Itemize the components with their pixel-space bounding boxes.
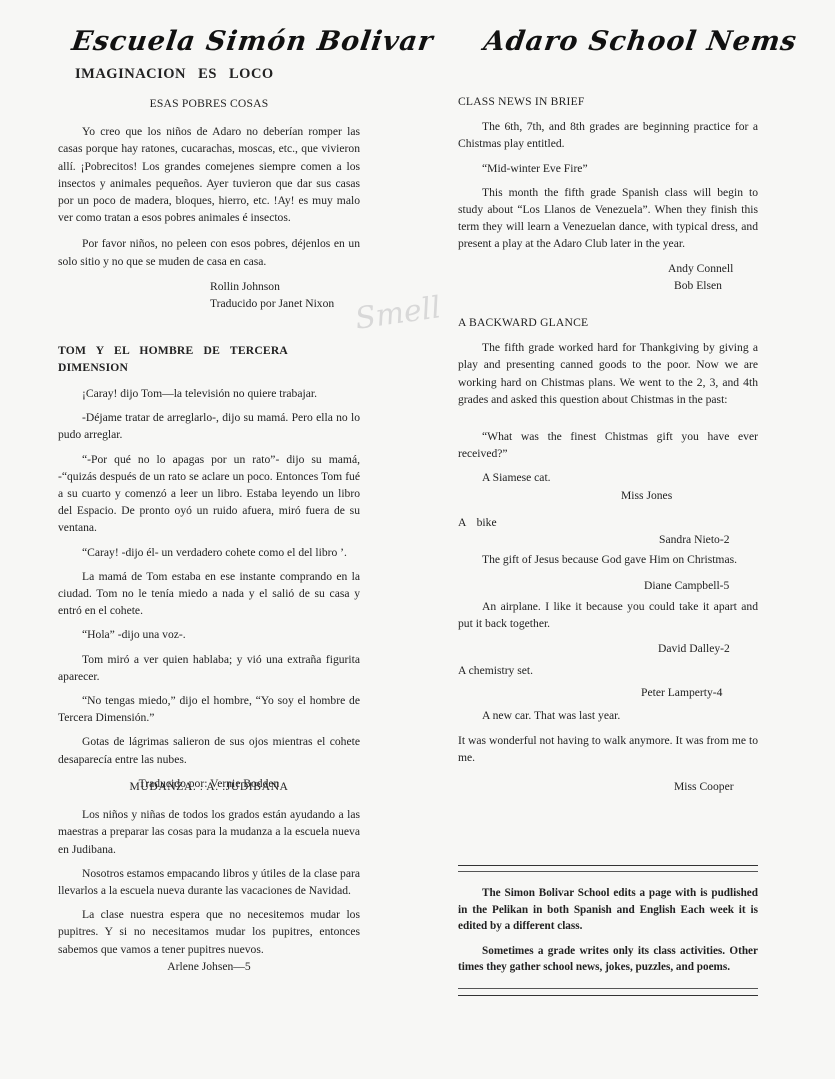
info-box: The Simon Bolivar School edits a page wi… [458,885,758,976]
paragraph: Los niños y niñas de todos los grados es… [58,806,360,858]
paragraph: Nosotros estamos empacando libros y útil… [58,865,360,899]
divider-rule [458,865,758,866]
answer: It was wonderful not having to walk anym… [458,732,758,766]
masthead-escuela: Escuela Simón Bolivar [70,26,436,57]
article-esas-pobres-cosas: ESAS POBRES COSAS Yo creo que los niños … [58,95,360,312]
answer: A bike [458,514,758,531]
paragraph: -Déjame tratar de arreglarlo-, dijo su m… [58,409,360,443]
box-paragraph: The Simon Bolivar School edits a page wi… [458,885,758,935]
paragraph: Gotas de lágrimas salieron de sus ojos m… [58,733,360,767]
answer-name: Diane Campbell-5 [644,577,758,594]
paragraph: Por favor niños, no peleen con esos pobr… [58,235,360,269]
paragraph: “-Por qué no lo apagas por un rato”- dij… [58,451,360,537]
answer-name: David Dalley-2 [658,640,758,657]
article-mudanza: MUDANZA. . A. .JUDIBANA Los niños y niña… [58,778,360,975]
answer: A Siamese cat. [458,469,758,486]
play-title: “Mid-winter Eve Fire” [458,160,758,177]
article-title: CLASS NEWS IN BRIEF [458,93,758,110]
article-title: A BACKWARD GLANCE [458,314,758,331]
article-tom: TOM Y EL HOMBRE DE TERCERA DIMENSION ¡Ca… [58,342,360,792]
answer-name: Peter Lamperty-4 [641,684,758,701]
signature: Traducido por Janet Nixon [210,295,360,312]
signature: Rollin Johnson [210,278,360,295]
answer: A chemistry set. [458,662,758,679]
divider-rule [458,871,758,872]
paragraph: Tom miró a ver quien hablaba; y vió una … [58,651,360,685]
answer: The gift of Jesus because God gave Him o… [458,551,758,568]
paragraph: The 6th, 7th, and 8th grades are beginni… [458,118,758,152]
article-title: MUDANZA. . A. .JUDIBANA [58,778,360,795]
answer: A new car. That was last year. [458,707,758,724]
paragraph: This month the fifth grade Spanish class… [458,184,758,253]
section-title: IMAGINACION ES LOCO [75,66,274,83]
article-backward-glance: A BACKWARD GLANCE The fifth grade worked… [458,314,758,795]
paragraph: ¡Caray! dijo Tom—la televisión no quiere… [58,385,360,402]
answer: An airplane. I like it because you could… [458,598,758,632]
article-class-news: CLASS NEWS IN BRIEF The 6th, 7th, and 8t… [458,93,758,294]
article-title: ESAS POBRES COSAS [58,95,360,112]
box-paragraph: Sometimes a grade writes only its class … [458,943,758,976]
paragraph: La clase nuestra espera que no necesitem… [58,906,360,958]
question: “What was the finest Chistmas gift you h… [458,428,758,462]
pencil-margin-note: Smell [353,290,443,337]
signature: Bob Elsen [674,277,758,294]
signature: Andy Connell [668,260,758,277]
paragraph: “Hola” -dijo una voz-. [58,626,360,643]
answer-name: Miss Cooper [674,778,758,795]
masthead-adaro: Adaro School Nems [482,26,799,57]
divider-rule [458,988,758,989]
answer-name: Miss Jones [621,487,758,504]
answer-name: Sandra Nieto-2 [659,531,758,548]
signature: Arlene Johsen—5 [58,958,360,975]
paragraph: The fifth grade worked hard for Thankgiv… [458,339,758,408]
paragraph: “Caray! -dijo él- un verdadero cohete co… [58,544,360,561]
divider-rule [458,995,758,996]
paragraph: “No tengas miedo,” dijo el hombre, “Yo s… [58,692,360,726]
article-title: TOM Y EL HOMBRE DE TERCERA DIMENSION [58,342,288,376]
paragraph: La mamá de Tom estaba en ese instante co… [58,568,360,620]
paragraph: Yo creo que los niños de Adaro no deberí… [58,123,360,226]
